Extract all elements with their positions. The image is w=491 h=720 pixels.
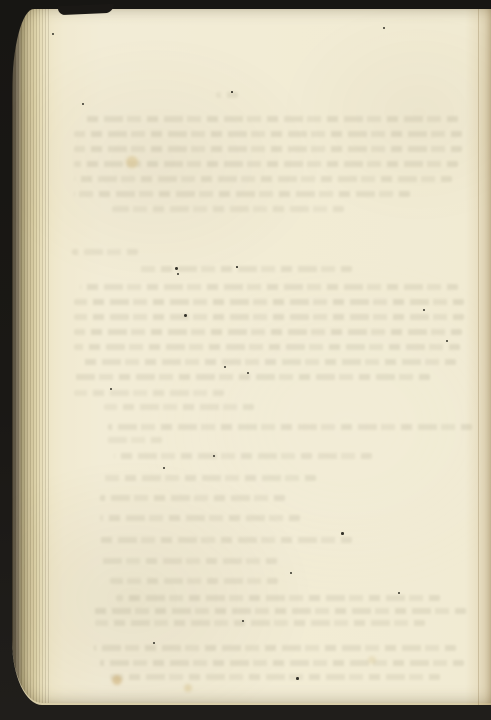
ink-speck	[110, 388, 112, 390]
ink-speck	[175, 267, 178, 270]
ink-speck	[423, 309, 425, 311]
gutter-crease	[478, 9, 479, 705]
ink-speck	[184, 314, 187, 317]
ink-speck	[446, 340, 448, 342]
ink-speck	[242, 620, 244, 622]
ink-speck	[153, 642, 155, 644]
ink-speck	[236, 266, 238, 268]
ink-speck	[82, 103, 84, 105]
ink-speck	[296, 677, 299, 680]
ink-speck	[383, 27, 385, 29]
ink-speck	[247, 372, 249, 374]
ink-speck	[398, 592, 400, 594]
ink-speck	[177, 273, 179, 275]
speck-layer	[0, 0, 491, 720]
ink-speck	[224, 366, 226, 368]
ink-speck	[163, 467, 165, 469]
book-scan	[0, 0, 491, 720]
ink-speck	[213, 455, 215, 457]
ink-speck	[231, 91, 233, 93]
ink-speck	[290, 572, 292, 574]
ink-speck	[341, 532, 344, 535]
ink-speck	[52, 33, 54, 35]
